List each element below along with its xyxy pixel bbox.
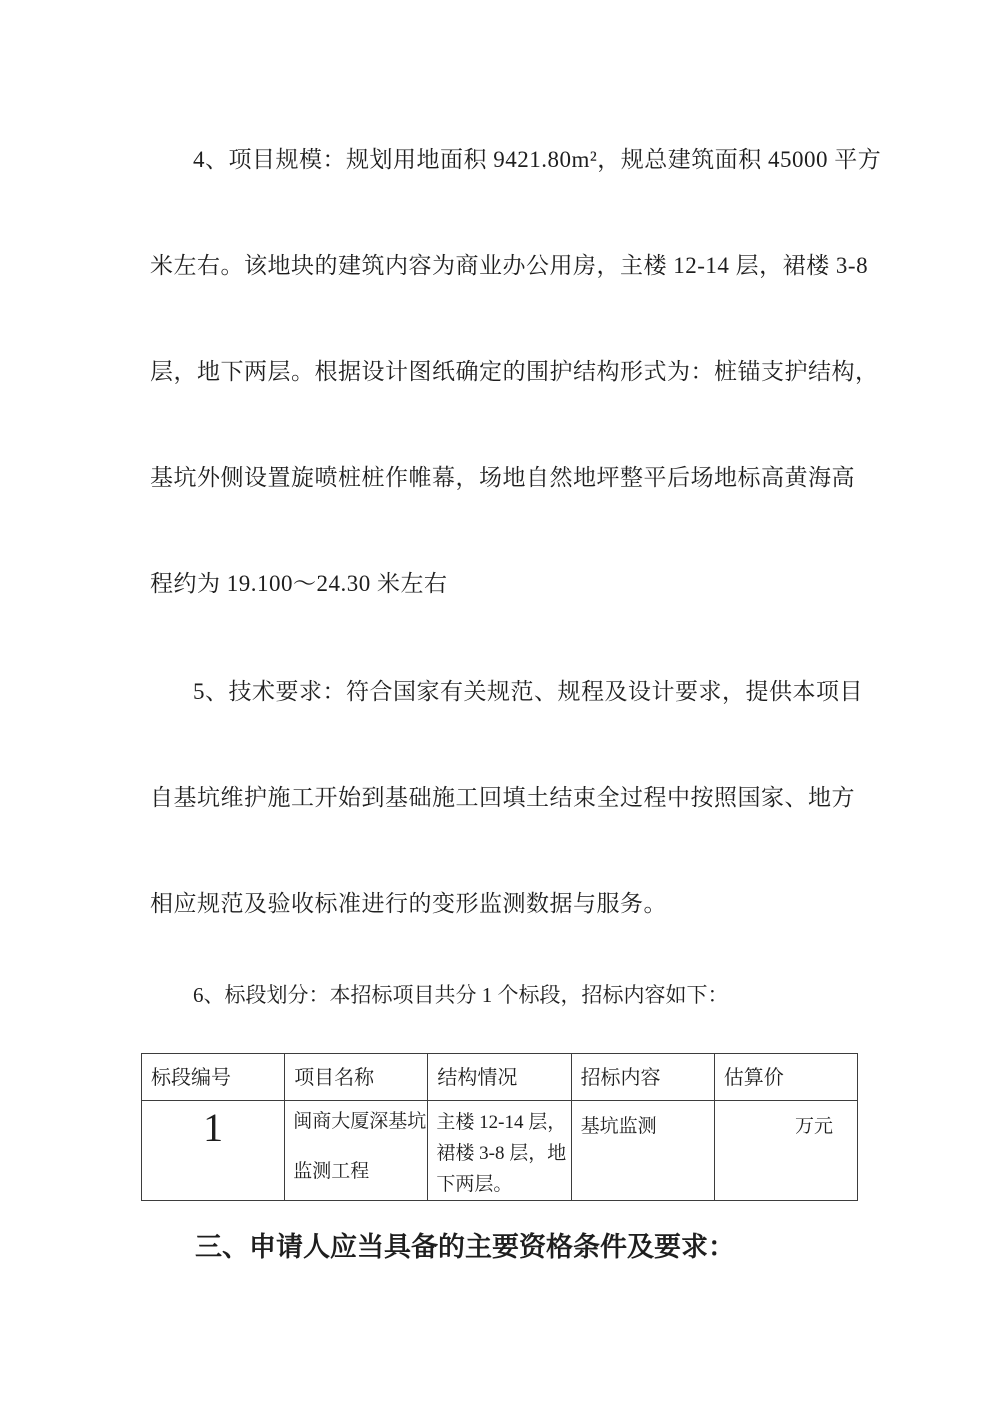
text-line: 5、技术要求：符合国家有关规范、规程及设计要求，提供本项目 <box>150 639 860 745</box>
document-page: 4、项目规模：规划用地面积 9421.80m²，规总建筑面积 45000 平方 … <box>0 0 1000 1415</box>
text-line: 程约为 19.100～24.30 米左右 <box>150 531 860 637</box>
header-bid-content: 招标内容 <box>571 1054 714 1101</box>
cell-structure-info: 主楼 12-14 层， 裙楼 3-8 层，地 下两层。 <box>428 1101 571 1201</box>
text-line: 闽商大厦深基坑 <box>293 1110 423 1134</box>
text-line: 基坑外侧设置旋喷桩桩作帷幕，场地自然地坪整平后场地标高黄海高 <box>150 425 860 531</box>
paragraph-project-scale: 4、项目规模：规划用地面积 9421.80m²，规总建筑面积 45000 平方 … <box>150 107 860 637</box>
text-line: 米左右。该地块的建筑内容为商业办公用房，主楼 12-14 层，裙楼 3-8 <box>150 213 860 319</box>
text-line: 主楼 12-14 层， <box>436 1107 566 1138</box>
table-header-row: 标段编号 项目名称 结构情况 招标内容 估算价 <box>142 1054 858 1101</box>
header-estimated-price: 估算价 <box>714 1054 857 1101</box>
header-section-number: 标段编号 <box>142 1054 285 1101</box>
table-row: 1 闽商大厦深基坑 监测工程 主楼 12-14 层， 裙楼 3-8 层，地 下两… <box>142 1101 858 1201</box>
header-structure-info: 结构情况 <box>428 1054 571 1101</box>
text-line: 相应规范及验收标准进行的变形监测数据与服务。 <box>150 851 860 957</box>
header-project-name: 项目名称 <box>285 1054 428 1101</box>
text-line: 裙楼 3-8 层，地 <box>436 1138 566 1169</box>
cell-section-number: 1 <box>142 1101 285 1201</box>
text-line: 监测工程 <box>293 1160 423 1184</box>
bid-sections-table: 标段编号 项目名称 结构情况 招标内容 估算价 1 闽商大厦深基坑 监测工程 主… <box>141 1053 858 1201</box>
paragraph-technical-requirements: 5、技术要求：符合国家有关规范、规程及设计要求，提供本项目 自基坑维护施工开始到… <box>150 639 860 957</box>
paragraph-section-division: 6、标段划分：本招标项目共分 1 个标段，招标内容如下： <box>150 970 860 1020</box>
text-line: 下两层。 <box>436 1169 566 1200</box>
text-line: 自基坑维护施工开始到基础施工回填土结束全过程中按照国家、地方 <box>150 745 860 851</box>
text-line: 层，地下两层。根据设计图纸确定的围护结构形式为：桩锚支护结构， <box>150 319 860 425</box>
cell-estimated-price: 万元 <box>714 1101 857 1201</box>
text-line: 4、项目规模：规划用地面积 9421.80m²，规总建筑面积 45000 平方 <box>150 107 860 213</box>
cell-bid-content: 基坑监测 <box>571 1101 714 1201</box>
cell-project-name: 闽商大厦深基坑 监测工程 <box>285 1101 428 1201</box>
heading-applicant-qualifications: 三、申请人应当具备的主要资格条件及要求： <box>150 1225 860 1269</box>
